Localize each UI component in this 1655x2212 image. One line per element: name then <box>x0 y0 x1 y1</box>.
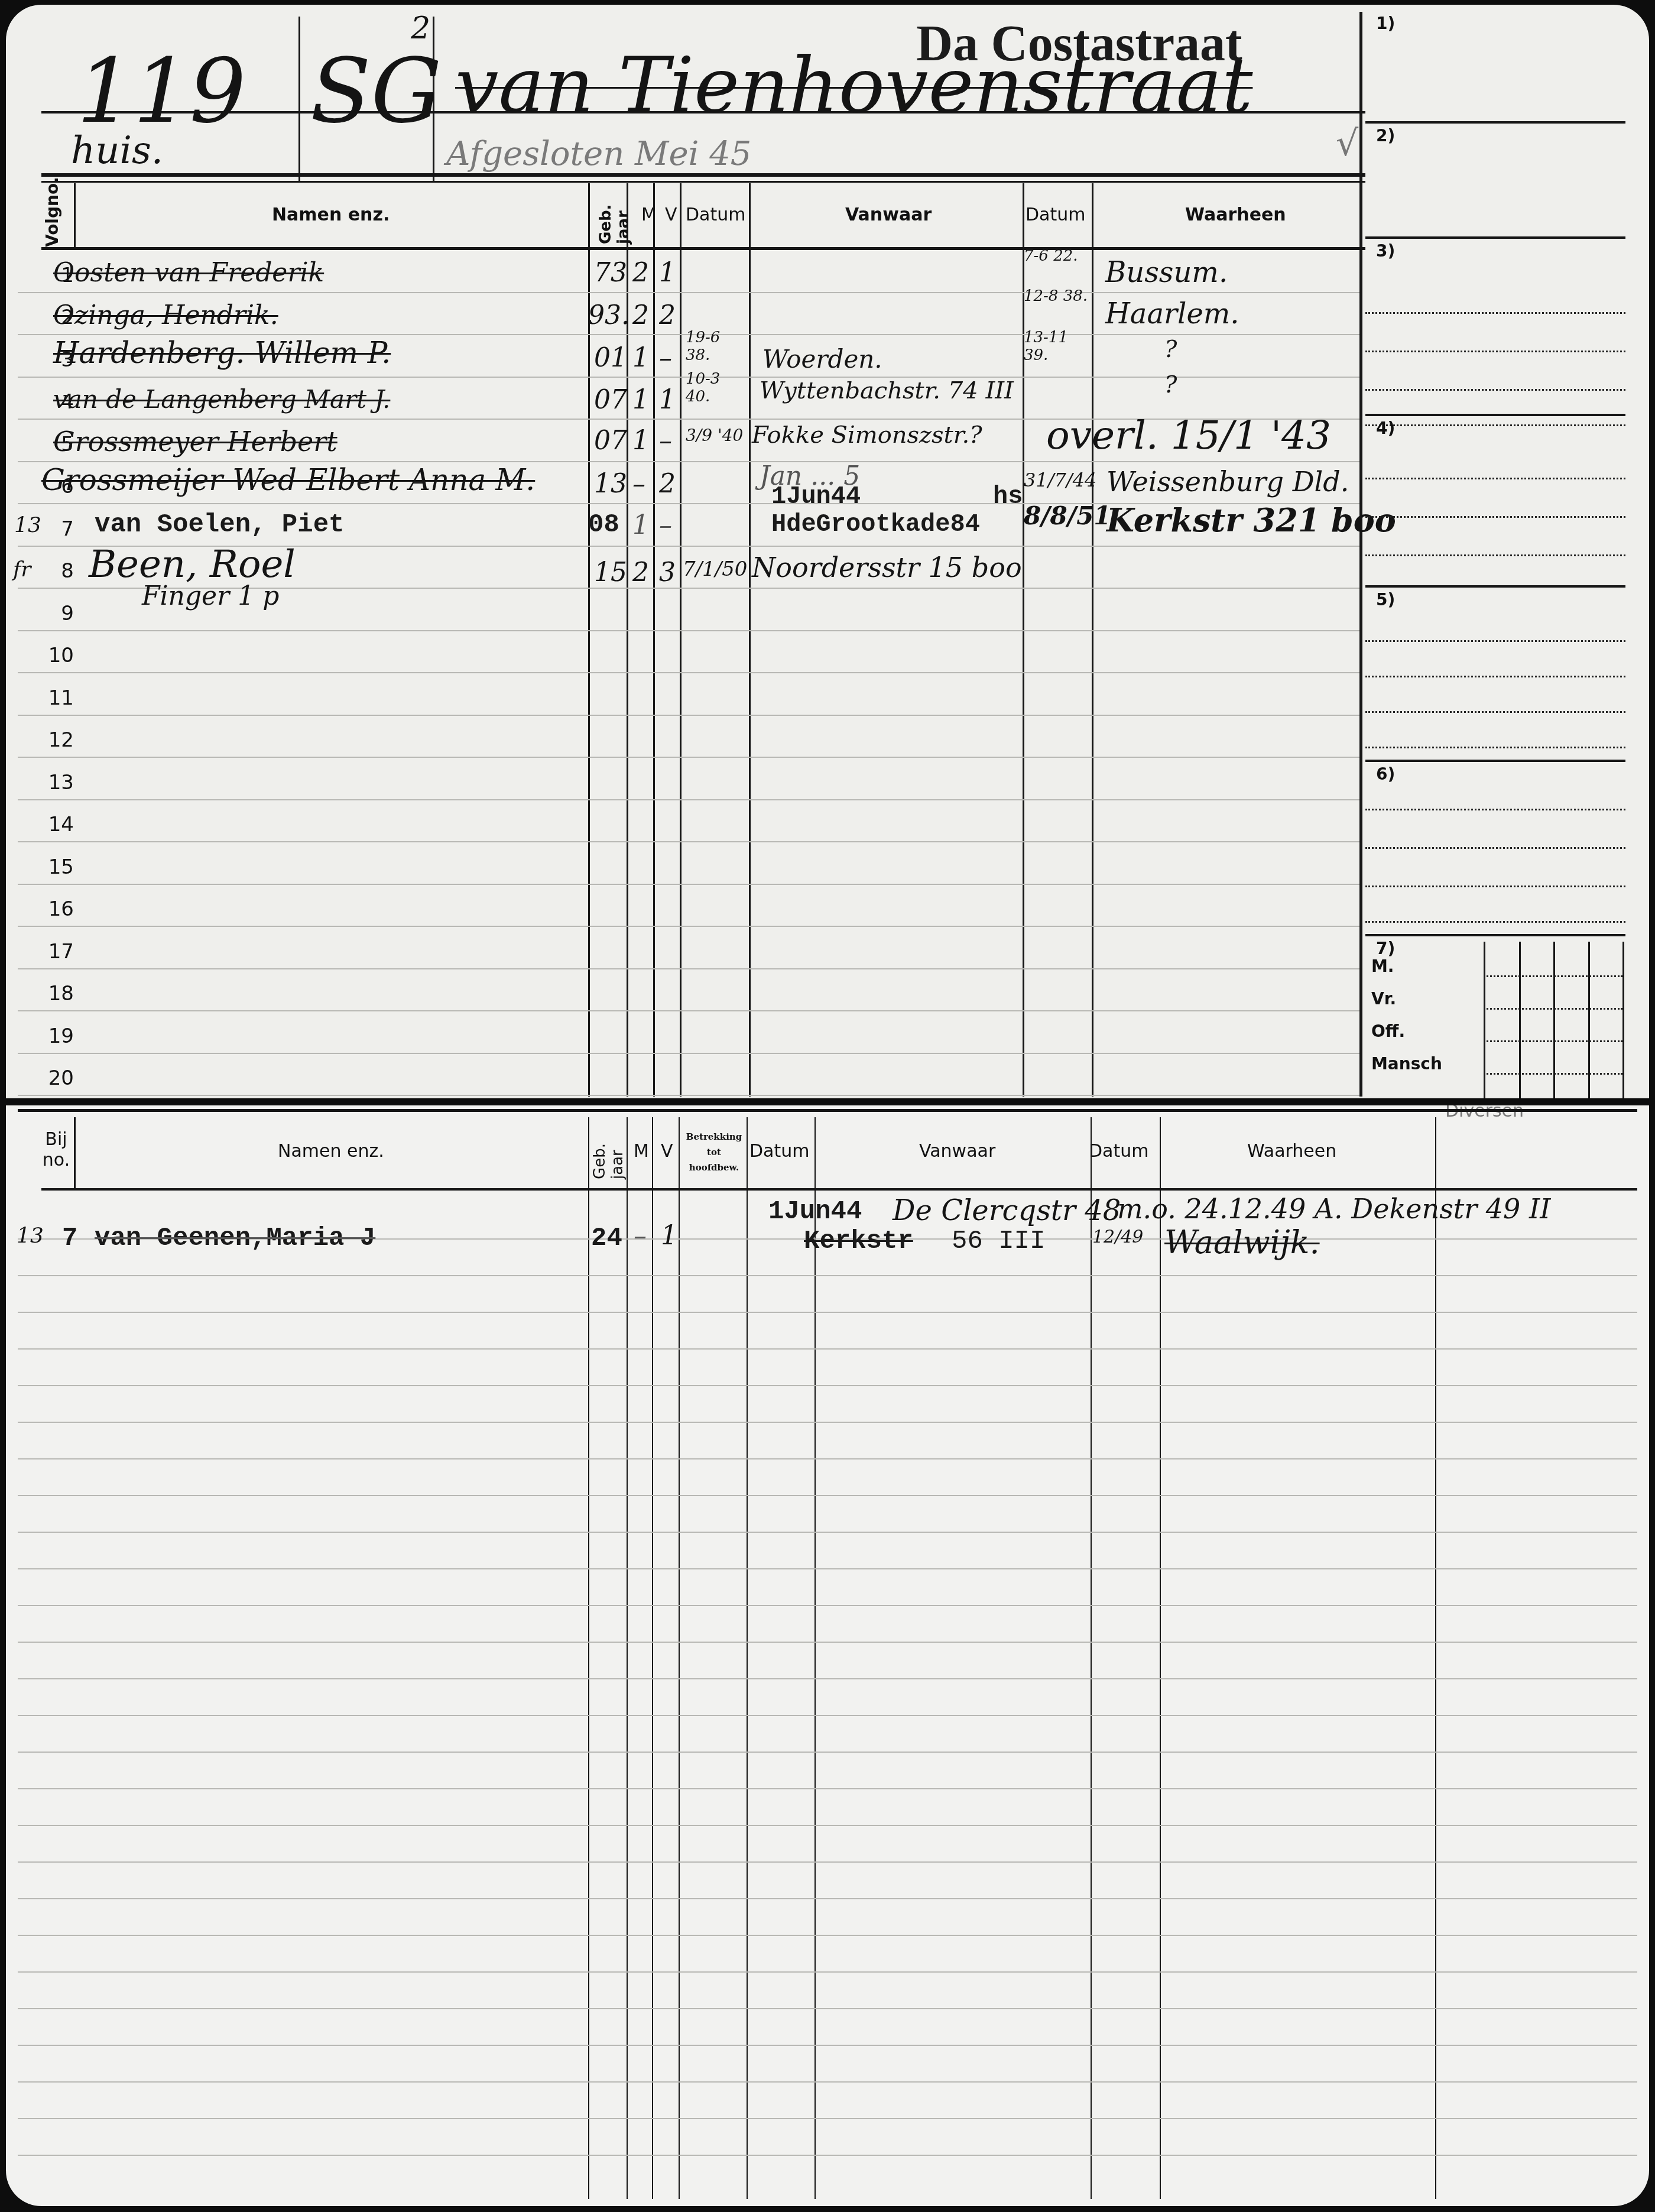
code: SG <box>310 40 442 143</box>
side-dotted-line <box>1365 747 1625 748</box>
entry-geb-1: 73 <box>594 258 627 288</box>
header-m: M <box>634 1141 649 1162</box>
entry-bij-no: 7 <box>62 1224 77 1253</box>
entry-name-7: van Soelen, Piet <box>95 510 344 540</box>
entry-datum-out-2: 12-8 38. <box>1024 287 1089 305</box>
entry-v-1: 1 <box>659 258 676 288</box>
entry-waarheen-1: Bussum. <box>1105 256 1228 289</box>
row-rule <box>18 1935 1637 1936</box>
row-number: 10 <box>38 644 74 667</box>
row-rule <box>18 1642 1637 1643</box>
row-rule <box>18 1898 1637 1899</box>
row-rule <box>18 1422 1637 1423</box>
entry-vanwaar-date-7: 1Jun44 <box>771 482 861 511</box>
entry-datum-in-5: 3/9 '40 <box>686 426 743 445</box>
entry-waarheen-line1: m.o. 24.12.49 A. Dekenstr 49 II <box>1117 1193 1550 1225</box>
row-rule <box>18 672 1359 673</box>
side-dotted-line <box>1365 809 1625 810</box>
side-dotted-line <box>1365 711 1625 713</box>
closed-note: Afgesloten Mei 45 <box>446 135 752 173</box>
entry-m: – <box>634 1221 647 1251</box>
entry-datum-out-7: 8/8/51 <box>1024 501 1111 530</box>
entry-name-4: van de Langenberg Mart J. <box>53 385 390 414</box>
row-rule <box>18 1825 1637 1826</box>
header-datum-out: Datum <box>1089 1141 1148 1162</box>
col-line <box>627 1117 628 2199</box>
entry-geb-8: 15 <box>594 557 627 588</box>
entry-vanwaar-4: Wyttenbachstr. 74 III <box>760 377 1014 404</box>
row-rule <box>18 1605 1637 1606</box>
entry-m-5: 1 <box>632 426 649 456</box>
side-dotted-line <box>1365 478 1625 479</box>
bottom-register-card: Diversen Bij no. Namen enz. Geb. jaar M … <box>6 1105 1649 2206</box>
entry-vanwaar-8: Noordersstr 15 boo <box>752 552 1022 583</box>
side-section-label: 1) <box>1376 14 1395 33</box>
side-dotted-line <box>1365 351 1625 352</box>
col-line <box>814 1117 816 2199</box>
entry-m-7: 1 <box>632 510 649 540</box>
row-rule <box>18 2045 1637 2046</box>
side-section-rule <box>1365 236 1625 239</box>
row-number: 7 <box>38 517 74 541</box>
side-section-rule <box>1365 121 1625 124</box>
row-rule <box>18 2081 1637 2083</box>
col-line <box>588 1117 589 2199</box>
check-mark: √ <box>1336 123 1358 164</box>
margin-note: 13 <box>17 1224 44 1248</box>
entry-vanwaar-struck: Kerkstr <box>804 1227 913 1256</box>
entry-m-4: 1 <box>632 385 649 415</box>
row-number: 15 <box>38 855 74 879</box>
row-rule <box>18 1275 1637 1276</box>
row-rule <box>18 1788 1637 1789</box>
row-rule <box>18 757 1359 758</box>
entry-v-2: 2 <box>659 300 676 330</box>
side-7-label: M. <box>1371 956 1394 976</box>
row-rule <box>18 2008 1637 2009</box>
entry-v-6: 2 <box>659 469 676 499</box>
side-section-rule <box>1365 414 1625 416</box>
header-double-rule <box>41 181 1365 183</box>
row-rule <box>18 715 1359 716</box>
entry-vanwaar-typed: 56 III <box>952 1227 1045 1256</box>
col-line-waarheen <box>1092 183 1093 1097</box>
row-rule <box>18 1532 1637 1533</box>
side-section-label: 5) <box>1376 590 1395 609</box>
side-7-grid-line <box>1484 942 1485 1098</box>
side-section-label: 7) <box>1376 939 1395 958</box>
row-rule <box>18 968 1359 969</box>
header-bottom-rule <box>41 247 1365 250</box>
street-stamp: Da Costastraat <box>916 14 1242 73</box>
row-number: 18 <box>38 982 74 1006</box>
house-label: huis. <box>71 129 163 173</box>
header-datum-in: Datum <box>686 205 745 225</box>
entry-vanwaar-suffix-7: hs <box>993 482 1023 511</box>
entry-v-3: – <box>659 343 672 373</box>
row-rule <box>18 1385 1637 1386</box>
entry-geb-6: 13 <box>594 469 627 499</box>
row-rule <box>18 1312 1637 1313</box>
side-panel-divider <box>1359 12 1362 1097</box>
side-7-label: Mansch <box>1371 1054 1442 1073</box>
entry-m-3: 1 <box>632 343 649 373</box>
entry-name-8-line2: Finger 1 p <box>142 581 279 611</box>
row-rule <box>18 1678 1637 1679</box>
header-v: V <box>661 1141 673 1162</box>
divider <box>74 183 76 248</box>
side-dotted-line <box>1365 554 1625 556</box>
divider <box>298 17 300 182</box>
row-rule <box>18 292 1359 293</box>
entry-datum-out-1: 7-6 22. <box>1024 248 1089 264</box>
row-rule <box>18 461 1359 462</box>
row-rule <box>18 1458 1637 1459</box>
header-double-rule <box>41 173 1365 177</box>
row-rule <box>18 1348 1637 1350</box>
row-rule <box>18 2118 1637 2119</box>
entry-datum-in: 1Jun44 <box>768 1197 862 1227</box>
row-rule <box>18 841 1359 842</box>
entry-name-3: Hardenberg. Willem P. <box>53 336 391 370</box>
row-number: 14 <box>38 813 74 836</box>
side-dotted-line <box>1365 516 1625 518</box>
entry-name-8: Been, Roel <box>89 543 296 586</box>
side-section-label: 6) <box>1376 764 1395 784</box>
diversen-label: Diversen <box>1445 1105 1524 1121</box>
side-section-label: 4) <box>1376 419 1395 438</box>
entry-name-2: Ozinga, Hendrik. <box>53 300 278 330</box>
side-section-rule <box>1365 585 1625 588</box>
header-v: V <box>665 205 677 225</box>
entry-geb-4: 07 <box>594 385 627 415</box>
entry-geb: 24 <box>591 1224 622 1253</box>
side-7-grid-line <box>1622 942 1624 1098</box>
row-number: 8 <box>38 559 74 583</box>
side-dotted-line <box>1365 847 1625 849</box>
header-geb-jaar: Geb. jaar <box>597 191 627 244</box>
row-rule <box>18 2155 1637 2156</box>
header-vanwaar: Vanwaar <box>919 1141 995 1162</box>
entry-name-5: Grossmeyer Herbert <box>53 426 338 458</box>
row-number: 20 <box>38 1066 74 1090</box>
row-rule <box>18 1752 1637 1753</box>
top-edge <box>18 1109 1637 1112</box>
top-register-card: 119 huis. SG 2 van Tienhovenstraat Da Co… <box>6 5 1649 1098</box>
row-number: 9 <box>38 602 74 625</box>
entry-v-4: 1 <box>659 385 676 415</box>
row-rule <box>18 799 1359 800</box>
row-number: 19 <box>38 1024 74 1048</box>
row-rule <box>18 926 1359 927</box>
col-line <box>652 1117 653 2199</box>
col-line-datum-out <box>1023 183 1024 1097</box>
side-dotted-line <box>1365 389 1625 391</box>
side-dotted-line <box>1365 886 1625 887</box>
col-line <box>679 1117 680 2199</box>
row-rule <box>18 884 1359 885</box>
entry-datum-in-8: 7/1/50 <box>683 557 747 581</box>
row-rule <box>18 1095 1359 1096</box>
row-rule <box>18 1053 1359 1054</box>
entry-m-8: 2 <box>632 557 649 588</box>
col-line <box>747 1117 748 2199</box>
entry-vanwaar-handwritten: De Clercqstr 48 <box>893 1194 1121 1227</box>
row-number: 12 <box>38 728 74 752</box>
entry-waarheen-5: overl. 15/1 '43 <box>1046 413 1331 458</box>
entry-waarheen-6: Weissenburg Dld. <box>1106 466 1349 498</box>
entry-v: 1 <box>661 1221 677 1251</box>
col-line-v <box>653 183 655 1097</box>
side-dotted-line <box>1365 676 1625 677</box>
entry-datum-in-3: 19-6 38. <box>686 329 745 364</box>
side-section-label: 2) <box>1376 126 1395 145</box>
header-waarheen: Waarheen <box>1185 205 1286 225</box>
entry-waarheen-4: ? <box>1164 371 1177 398</box>
entry-vanwaar-3: Woerden. <box>762 345 882 374</box>
entry-name-6: Grossmeijer Wed Elbert Anna M. <box>41 463 535 497</box>
col-line-vanwaar <box>749 183 751 1097</box>
row-rule <box>18 1715 1637 1716</box>
row-rule <box>18 630 1359 631</box>
entry-v-5: – <box>659 426 672 456</box>
margin-note-8: fr <box>13 557 31 582</box>
col-line <box>1160 1117 1161 2199</box>
header-bij-no: Bij no. <box>41 1129 71 1170</box>
entry-datum-out-6: 31/7/44 <box>1024 469 1096 491</box>
row-rule <box>18 1971 1637 1973</box>
entry-v-7: – <box>659 510 672 540</box>
row-number: 16 <box>38 897 74 921</box>
side-7-grid-line <box>1588 942 1590 1098</box>
side-section-rule <box>1365 760 1625 762</box>
row-number: 11 <box>38 686 74 710</box>
side-section-rule <box>1365 934 1625 936</box>
entry-name-1: Oosten van Frederik <box>53 258 324 288</box>
side-section-label: 3) <box>1376 241 1395 261</box>
row-rule <box>18 1495 1637 1496</box>
header-volgno: Volgno. <box>43 188 62 247</box>
entry-geb-2: 93. <box>588 300 629 330</box>
header-namen: Namen enz. <box>272 205 390 225</box>
side-7-label: Vr. <box>1371 989 1396 1008</box>
row-number: 17 <box>38 940 74 964</box>
side-dotted-line <box>1365 640 1625 642</box>
house-number: 119 <box>77 40 246 143</box>
row-rule <box>18 1010 1359 1011</box>
row-number: 13 <box>38 771 74 794</box>
entry-datum-out: 12/49 <box>1092 1227 1143 1247</box>
entry-geb-3: 01 <box>594 343 627 373</box>
entry-waarheen-2: Haarlem. <box>1105 297 1239 330</box>
header-datum-out: Datum <box>1026 205 1085 225</box>
entry-m-2: 2 <box>632 300 649 330</box>
entry-datum-out-3: 13-11 39. <box>1024 329 1089 364</box>
side-dotted-line <box>1365 312 1625 314</box>
side-dotted-line <box>1365 424 1625 426</box>
entry-name: van Geenen,Maria J <box>95 1224 375 1253</box>
col-line <box>1435 1117 1436 2199</box>
side-7-label: Off. <box>1371 1021 1405 1041</box>
entry-waarheen-3: ? <box>1164 336 1177 363</box>
side-dotted-line <box>1365 921 1625 923</box>
header-geb-jaar: Geb. jaar <box>591 1126 619 1179</box>
side-7-grid-line <box>1553 942 1555 1098</box>
entry-geb-5: 07 <box>594 426 627 456</box>
col-line-datum <box>680 183 682 1097</box>
header-vanwaar: Vanwaar <box>845 205 932 225</box>
entry-vanwaar-7: HdeGrootkade84 <box>771 510 980 539</box>
header-bottom-rule <box>41 1188 1637 1191</box>
row-rule <box>18 1568 1637 1569</box>
side-7-grid-line <box>1519 942 1521 1098</box>
entry-m-6: – <box>632 469 645 499</box>
margin-note-7: 13 <box>14 513 41 537</box>
entry-waarheen-7: Kerkstr 321 boo <box>1106 501 1396 539</box>
entry-waarheen-line2: Waalwijk. <box>1164 1224 1320 1261</box>
entry-m-1: 2 <box>632 258 649 288</box>
divider <box>74 1117 76 1188</box>
header-waarheen: Waarheen <box>1247 1141 1336 1162</box>
header-datum-in: Datum <box>749 1141 809 1162</box>
header-betrekking: Betrekking tot hoofdbew. <box>682 1129 747 1175</box>
col-line <box>1091 1117 1092 2199</box>
entry-geb-7: 08 <box>588 510 619 540</box>
entry-vanwaar-5: Fokke Simonszstr.? <box>752 421 982 449</box>
row-rule <box>18 1861 1637 1863</box>
code-superscript: 2 <box>411 11 430 46</box>
header-namen: Namen enz. <box>278 1141 384 1162</box>
entry-datum-in-4: 10-3 40. <box>686 370 745 406</box>
entry-v-8: 3 <box>659 557 676 588</box>
